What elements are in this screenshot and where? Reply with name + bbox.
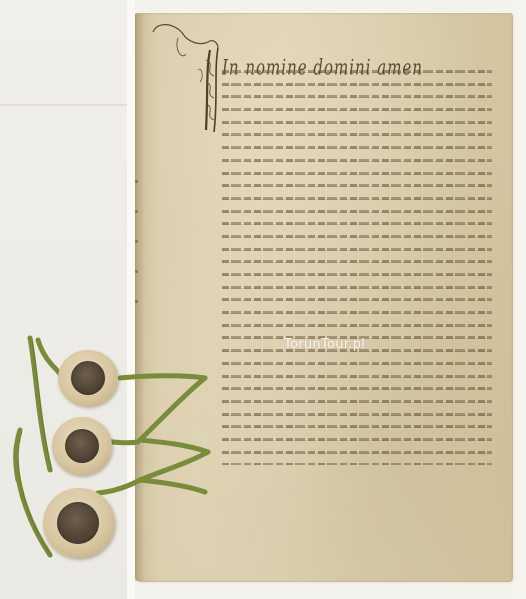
text-line: [222, 121, 492, 124]
text-line: [222, 273, 492, 276]
wax-seal-middle: [52, 417, 112, 475]
text-line: [222, 184, 492, 187]
wax-seal-bottom: [43, 488, 115, 558]
text-line: [222, 108, 492, 111]
stitch-hole: [135, 270, 138, 273]
text-line: [222, 83, 492, 86]
text-line: [222, 210, 492, 213]
text-line: [222, 159, 492, 162]
text-line: [222, 197, 492, 200]
wax-seal-top: [58, 350, 118, 406]
text-line: [222, 95, 492, 98]
text-line: [222, 248, 492, 251]
text-line: [222, 172, 492, 175]
seal-crown-impression-icon: [57, 502, 99, 544]
text-line: [222, 235, 492, 238]
seal-impression-icon: [71, 361, 105, 395]
stitch-hole: [135, 240, 138, 243]
text-line: [222, 425, 492, 428]
watermark-text: TorunTour.pl: [284, 337, 365, 352]
text-line: [222, 362, 492, 365]
background-fold-line: [0, 104, 127, 106]
stitch-hole: [135, 210, 138, 213]
stitch-hole: [135, 180, 138, 183]
seal-impression-icon: [65, 429, 99, 463]
text-line: [222, 70, 492, 73]
text-line: [222, 324, 492, 327]
text-line: [222, 222, 492, 225]
text-line: [222, 463, 492, 465]
text-line: [222, 375, 492, 378]
text-line: [222, 298, 492, 301]
text-line: [222, 438, 492, 441]
text-line: [222, 451, 492, 454]
text-line: [222, 260, 492, 263]
background-right-margin: [512, 0, 526, 599]
text-line: [222, 286, 492, 289]
text-line: [222, 133, 492, 136]
text-line: [222, 413, 492, 416]
text-line: [222, 400, 492, 403]
text-line: [222, 311, 492, 314]
manuscript-text-body: [222, 70, 492, 465]
stitch-hole: [135, 300, 138, 303]
text-line: [222, 146, 492, 149]
text-line: [222, 387, 492, 390]
